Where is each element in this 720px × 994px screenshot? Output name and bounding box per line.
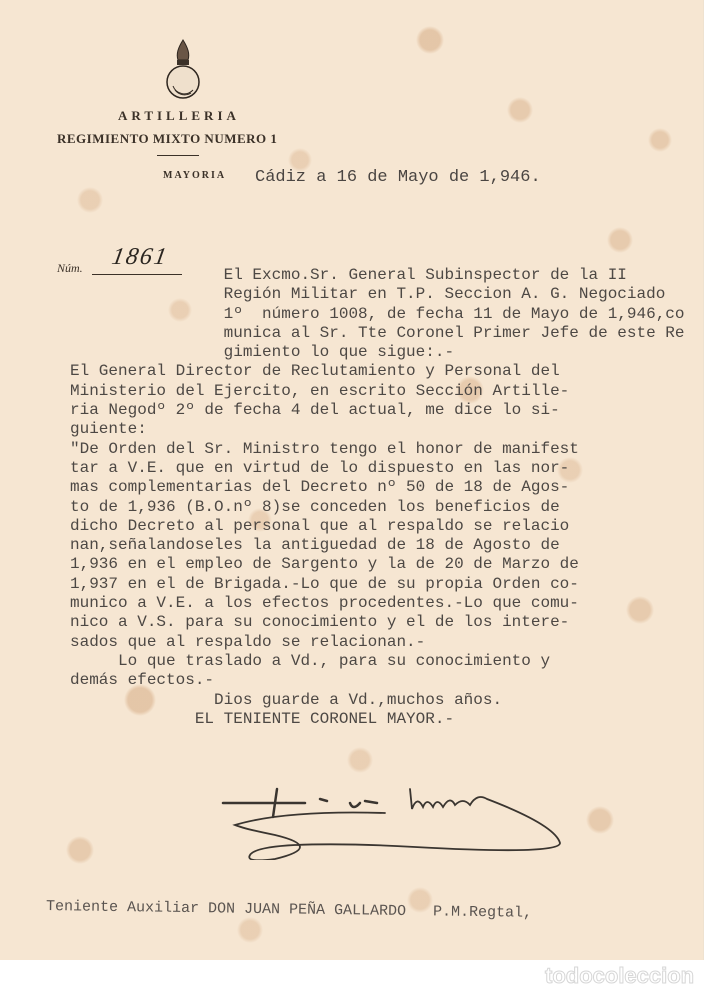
letter-body: El Excmo.Sr. General Subinspector de la … — [70, 266, 710, 729]
body-line: demás efectos.- — [70, 671, 710, 690]
body-line: Dios guarde a Vd.,muchos años. — [70, 691, 710, 710]
letterhead-divider — [157, 155, 199, 156]
date-line: Cádiz a 16 de Mayo de 1,946. — [255, 168, 541, 187]
letterhead-office: MAYORIA — [163, 170, 226, 181]
signature-icon — [215, 785, 575, 860]
body-line: Región Militar en T.P. Seccion A. G. Neg… — [70, 285, 710, 304]
body-line: sados que al respaldo se relacionan.- — [70, 633, 710, 652]
body-line: munica al Sr. Tte Coronel Primer Jefe de… — [70, 324, 710, 343]
body-line: EL TENIENTE CORONEL MAYOR.- — [70, 710, 710, 729]
letterhead-unit: REGIMIENTO MIXTO NUMERO 1 — [57, 131, 277, 147]
body-line: nico a V.S. para su conocimiento y el de… — [70, 613, 710, 632]
body-line: "De Orden del Sr. Ministro tengo el hono… — [70, 440, 710, 459]
body-line: nan,señalandoseles la antiguedad de 18 d… — [70, 536, 710, 555]
body-line: 1,936 en el empleo de Sargento y la de 2… — [70, 555, 710, 574]
body-line: guiente: — [70, 420, 710, 439]
addressee-line: Teniente Auxiliar DON JUAN PEÑA GALLARDO… — [46, 898, 532, 922]
watermark: todocoleccion — [545, 963, 694, 989]
body-line: gimiento lo que sigue:.- — [70, 343, 710, 362]
body-line: Ministerio del Ejercito, en escrito Secc… — [70, 382, 710, 401]
letterhead-branch: ARTILLERIA — [118, 108, 240, 124]
body-line: dicho Decreto al personal que al respald… — [70, 517, 710, 536]
body-line: El General Director de Reclutamiento y P… — [70, 362, 710, 381]
document-page: ARTILLERIA REGIMIENTO MIXTO NUMERO 1 MAY… — [0, 0, 704, 960]
body-line: munico a V.E. a los efectos procedentes.… — [70, 594, 710, 613]
body-line: Lo que traslado a Vd., para su conocimie… — [70, 652, 710, 671]
body-line: mas complementarias del Decreto nº 50 de… — [70, 478, 710, 497]
body-line: tar a V.E. que en virtud de lo dispuesto… — [70, 459, 710, 478]
artillery-grenade-emblem-icon — [165, 38, 201, 104]
body-line: 1,937 en el de Brigada.-Lo que de su pro… — [70, 575, 710, 594]
body-line: 1º número 1008, de fecha 11 de Mayo de 1… — [70, 305, 710, 324]
body-line: ria Negodº 2º de fecha 4 del actual, me … — [70, 401, 710, 420]
body-line: to de 1,936 (B.O.nº 8)se conceden los be… — [70, 498, 710, 517]
body-line: El Excmo.Sr. General Subinspector de la … — [70, 266, 710, 285]
